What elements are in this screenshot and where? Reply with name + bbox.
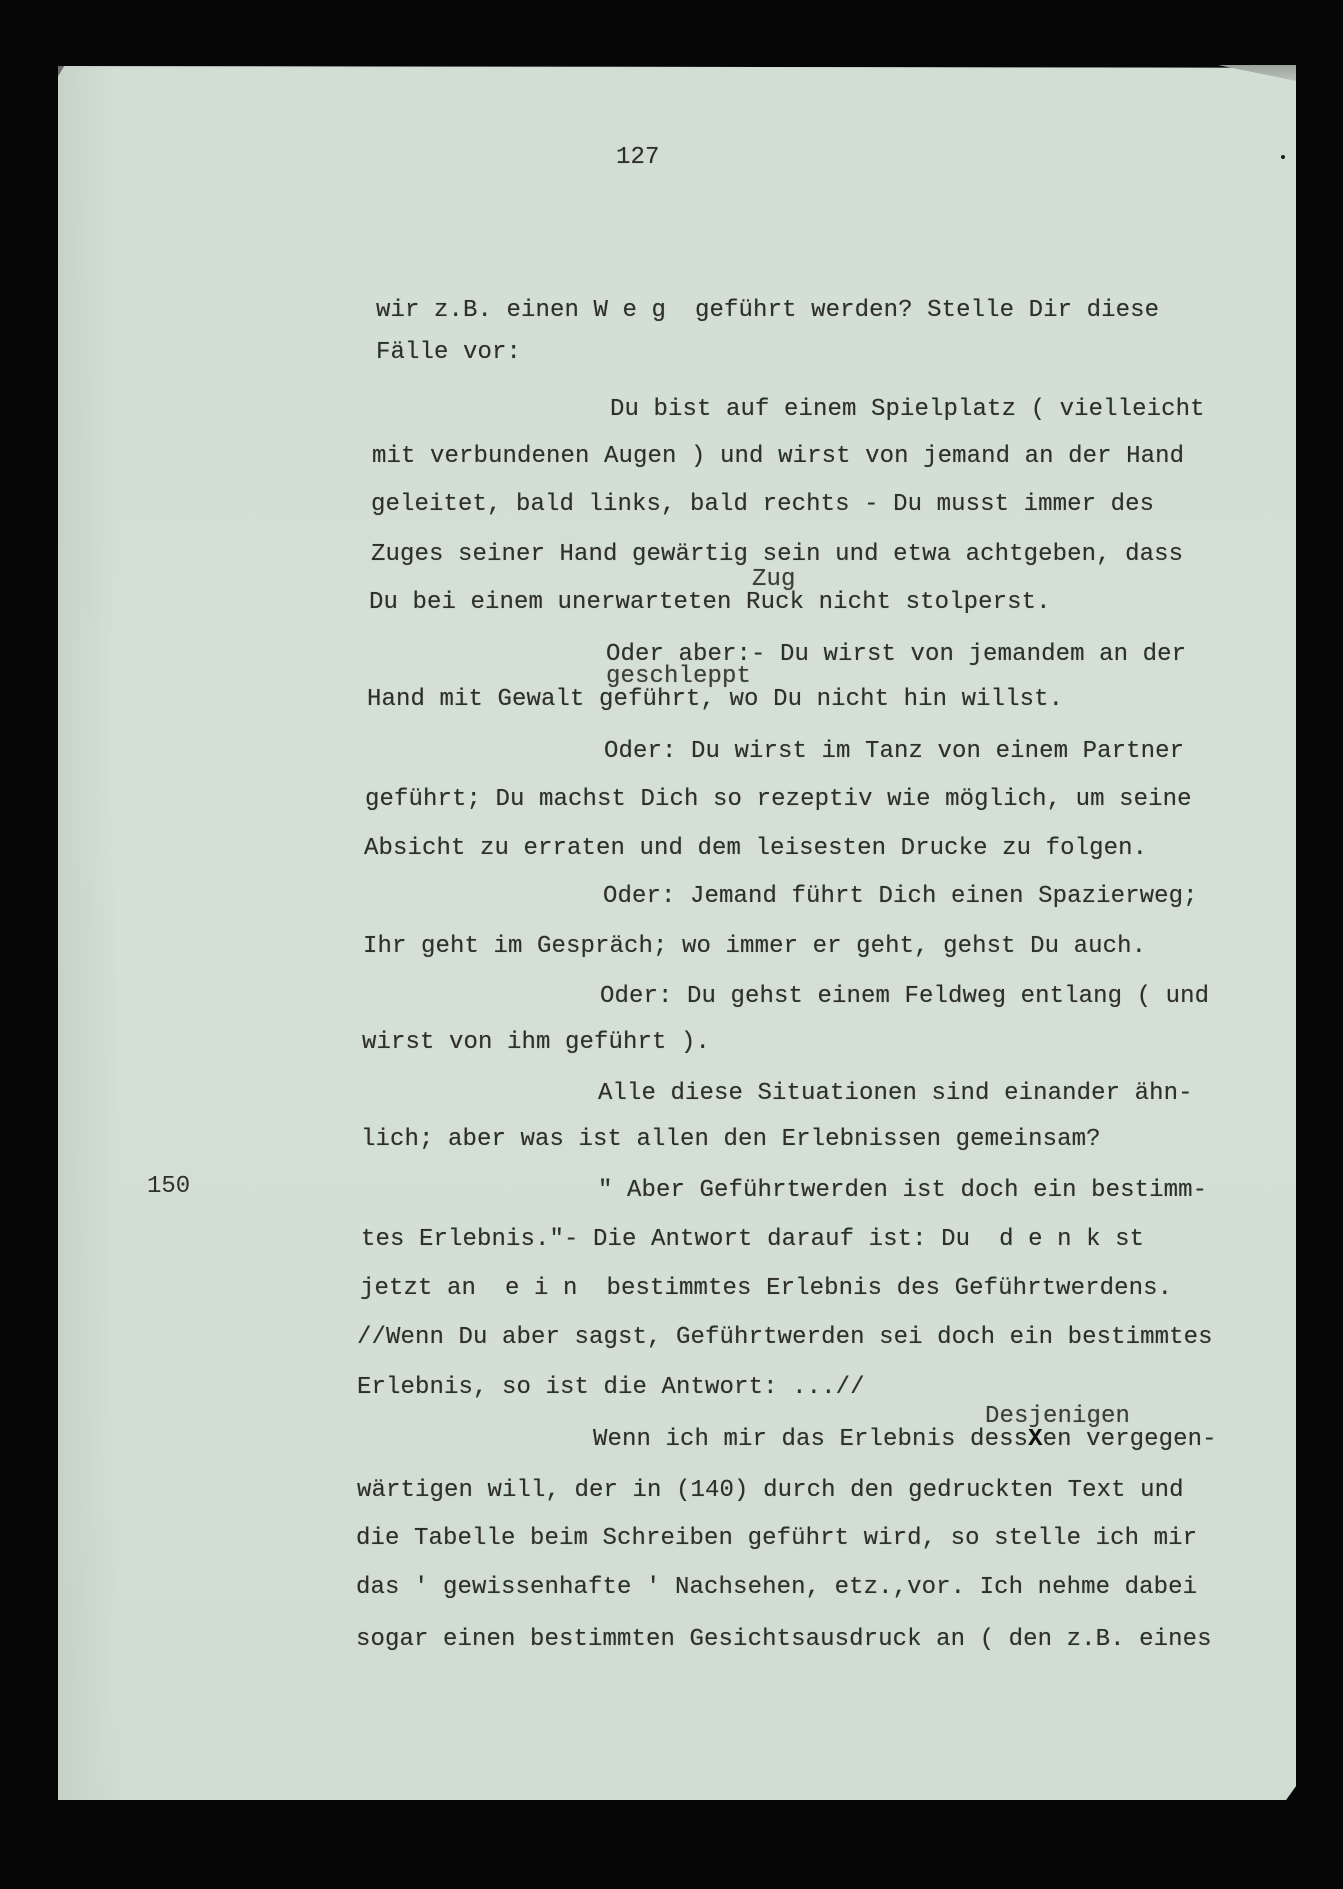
text-line: //Wenn Du aber sagst, Geführtwerden sei …	[357, 1324, 1213, 1352]
text-line-indented: Oder: Du gehst einem Feldweg entlang ( u…	[600, 983, 1209, 1011]
ink-speck	[1281, 155, 1285, 159]
text-line: Du bei einem unerwarteten Ruck nicht sto…	[369, 589, 1051, 617]
page-number: 127	[616, 144, 660, 172]
text-line: Hand mit Gewalt geführt, wo Du nicht hin…	[367, 686, 1063, 714]
text-line: tes Erlebnis."- Die Antwort darauf ist: …	[361, 1226, 1144, 1254]
text-line: geleitet, bald links, bald rechts - Du m…	[371, 491, 1154, 519]
text-line: wir z.B. einen W e g geführt werden? Ste…	[376, 297, 1159, 325]
text-line-indented: Du bist auf einem Spielplatz ( vielleich…	[610, 396, 1205, 424]
text-line-indented: Oder: Jemand führt Dich einen Spazierweg…	[603, 883, 1198, 911]
text-line: wirst von ihm geführt ).	[362, 1029, 710, 1057]
text-segment: en vergegen-	[1043, 1426, 1217, 1453]
text-line: sogar einen bestimmten Gesichtsausdruck …	[356, 1626, 1212, 1654]
text-line: das ' gewissenhafte ' Nachsehen, etz.,vo…	[356, 1574, 1197, 1602]
text-line: Fälle vor:	[376, 339, 521, 367]
text-line-indented: " Aber Geführtwerden ist doch ein bestim…	[598, 1177, 1207, 1205]
text-line-indented: Wenn ich mir das Erlebnis dessXen vergeg…	[593, 1426, 1217, 1454]
margin-reference-number: 150	[147, 1173, 190, 1201]
text-segment: Wenn ich mir das Erlebnis dess	[593, 1426, 1028, 1453]
text-line-indented: Oder: Du wirst im Tanz von einem Partner	[604, 738, 1184, 766]
text-line: Absicht zu erraten und dem leisesten Dru…	[364, 835, 1147, 863]
text-line: geführt; Du machst Dich so rezeptiv wie …	[365, 786, 1192, 814]
text-line: lich; aber was ist allen den Erlebnissen…	[361, 1126, 1101, 1154]
text-line: die Tabelle beim Schreiben geführt wird,…	[356, 1525, 1197, 1553]
scan-background: 127 150 wir z.B. einen W e g geführt wer…	[0, 0, 1343, 1889]
text-line: mit verbundenen Augen ) und wirst von je…	[372, 443, 1184, 471]
text-line-indented: Alle diese Situationen sind einander ähn…	[598, 1080, 1193, 1108]
text-line: Erlebnis, so ist die Antwort: ...//	[357, 1374, 865, 1402]
text-line: Zuges seiner Hand gewärtig sein und etwa…	[371, 541, 1183, 569]
text-line: wärtigen will, der in (140) durch den ge…	[357, 1477, 1184, 1505]
struck-character: X	[1028, 1426, 1043, 1453]
text-line: Ihr geht im Gespräch; wo immer er geht, …	[363, 933, 1146, 961]
text-line: jetzt an e i n bestimmtes Erlebnis des G…	[360, 1275, 1172, 1303]
